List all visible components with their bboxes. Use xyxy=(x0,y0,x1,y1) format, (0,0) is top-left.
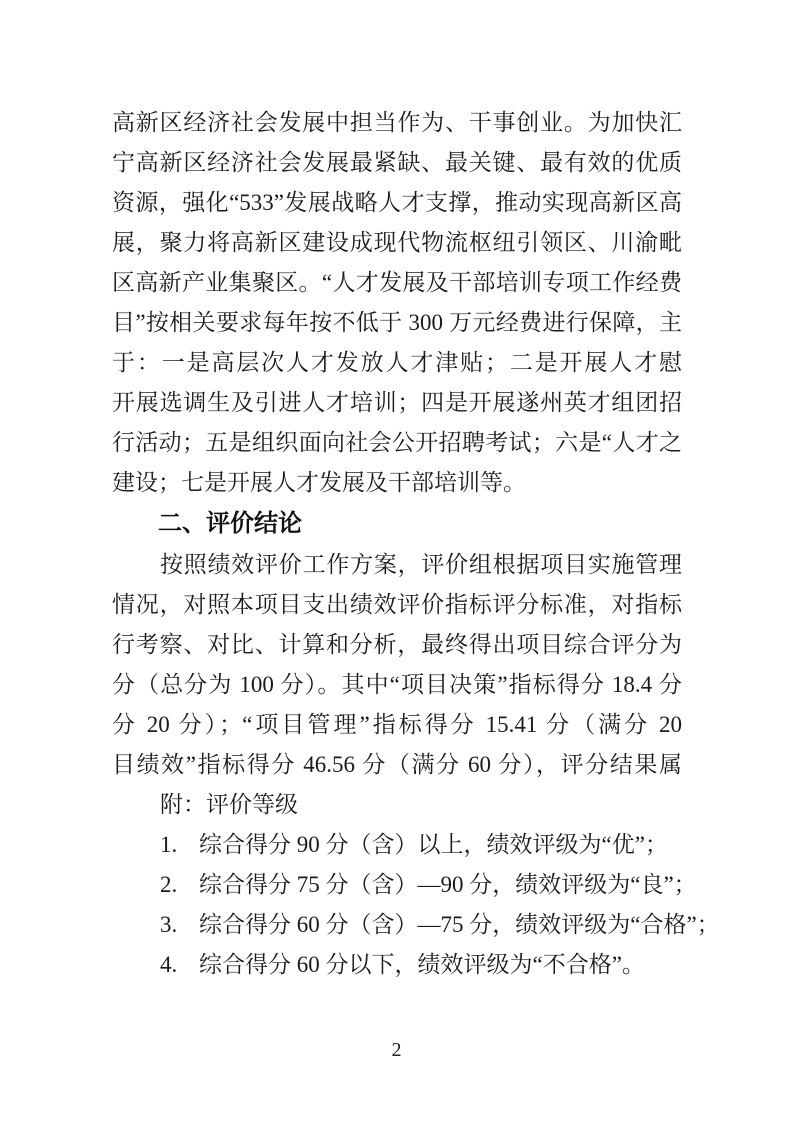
body-text-line: 目绩效”指标得分 46.56 分（满分 60 分），评分结果属于“良”。 xyxy=(112,745,682,785)
grade-level-text: 综合得分 90 分（含）以上，绩效评级为“优”； xyxy=(199,825,682,865)
grade-level-text: 综合得分 60 分以下，绩效评级为“不合格”。 xyxy=(199,945,682,985)
body-text-line: 区高新产业集聚区。“人才发展及干部培训专项工作经费项 xyxy=(112,263,682,303)
body-text-line: 目”按相关要求每年按不低于 300 万元经费进行保障，主要用 xyxy=(112,303,682,343)
page-number: 2 xyxy=(0,1036,793,1064)
body-text-line: 建设；七是开展人才发展及干部培训等。 xyxy=(112,463,682,503)
body-text-line: 分（总分为 100 分）。其中“项目决策”指标得分 18.4 分（满 xyxy=(112,665,682,705)
document-page: 高新区经济社会发展中担当作为、干事创业。为加快汇聚遂 宁高新区经济社会发展最紧缺… xyxy=(0,0,793,1122)
body-text-line: 分 20 分）；“项目管理”指标得分 15.41 分（满分 20 分）；“项 xyxy=(112,705,682,745)
body-text-line: 行考察、对比、计算和分析，最终得出项目综合评分为 80.37 xyxy=(112,625,682,665)
grade-level-number: 1. xyxy=(160,825,199,865)
section-heading: 二、评价结论 xyxy=(112,503,682,545)
body-text-line: 于：一是高层次人才发放人才津贴；二是开展人才慰问；三是 xyxy=(112,343,682,383)
body-text-line: 高新区经济社会发展中担当作为、干事创业。为加快汇聚遂 xyxy=(112,103,682,143)
attachment-label: 附：评价等级 xyxy=(112,785,682,825)
grade-level-item: 3. 综合得分 60 分（含）—75 分，绩效评级为“合格”； xyxy=(112,905,682,945)
grade-level-text: 综合得分 60 分（含）—75 分，绩效评级为“合格”； xyxy=(199,905,720,945)
grade-level-item: 1. 综合得分 90 分（含）以上，绩效评级为“优”； xyxy=(112,825,682,865)
body-text-line: 展，聚力将高新区建设成现代物流枢纽引领区、川渝毗邻地 xyxy=(112,223,682,263)
grade-level-number: 2. xyxy=(160,865,199,905)
body-text-line: 按照绩效评价工作方案，评价组根据项目实施管理及完成 xyxy=(112,545,682,585)
body-text-line: 资源，强化“533”发展战略人才支撑，推动实现高新区高质量发 xyxy=(112,183,682,223)
grade-level-text: 综合得分 75 分（含）—90 分，绩效评级为“良”； xyxy=(199,865,697,905)
grade-level-item: 2. 综合得分 75 分（含）—90 分，绩效评级为“良”； xyxy=(112,865,682,905)
grade-level-item: 4. 综合得分 60 分以下，绩效评级为“不合格”。 xyxy=(112,945,682,985)
body-text-line: 行活动；五是组织面向社会公开招聘考试；六是“人才之家” xyxy=(112,423,682,463)
body-text-line: 开展选调生及引进人才培训；四是开展遂州英才组团招聘全国 xyxy=(112,383,682,423)
text-block: 高新区经济社会发展中担当作为、干事创业。为加快汇聚遂 宁高新区经济社会发展最紧缺… xyxy=(112,103,682,985)
body-text-line: 情况，对照本项目支出绩效评价指标评分标准，对指标逐项进 xyxy=(112,585,682,625)
body-text-line: 宁高新区经济社会发展最紧缺、最关键、最有效的优质人才 xyxy=(112,143,682,183)
grade-level-number: 4. xyxy=(160,945,199,985)
grade-level-number: 3. xyxy=(160,905,199,945)
